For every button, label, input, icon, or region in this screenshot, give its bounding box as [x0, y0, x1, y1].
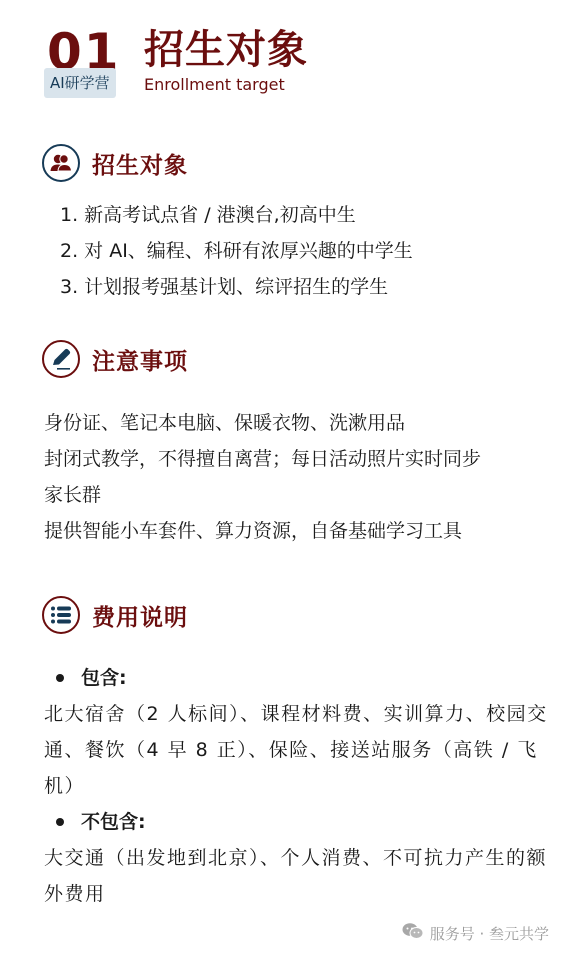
list-item: 1. 新高考试点省 / 港澳台,初高中生	[60, 197, 413, 233]
page-title: 招生对象	[144, 24, 308, 76]
bullet-icon	[56, 674, 64, 682]
list-item: 3. 计划报考强基计划、综评招生的学生	[60, 269, 413, 305]
camp-badge: AI研学营	[44, 68, 116, 98]
footer-account[interactable]: 服务号 · 叁元共学	[402, 922, 549, 944]
header: 01 AI研学营 招生对象 Enrollment target	[44, 28, 544, 100]
excluded-label: 不包含:	[56, 804, 146, 840]
included-label-text: 包含:	[81, 660, 127, 696]
section-title: 招生对象	[92, 147, 188, 180]
list-icon	[42, 596, 80, 634]
wechat-icon	[402, 922, 430, 944]
section-number-text: 01	[47, 31, 117, 69]
people-icon	[42, 144, 80, 182]
footer-text: 服务号 · 叁元共学	[430, 923, 549, 944]
page-subtitle: Enrollment target	[144, 74, 285, 96]
note-line: 提供智能小车套件、算力资源，自备基础学习工具	[44, 513, 481, 549]
section-title: 费用说明	[92, 599, 188, 632]
enrollment-list: 1. 新高考试点省 / 港澳台,初高中生 2. 对 AI、编程、科研有浓厚兴趣的…	[60, 197, 413, 305]
list-item: 2. 对 AI、编程、科研有浓厚兴趣的中学生	[60, 233, 413, 269]
pencil-icon	[42, 340, 80, 378]
section-title: 注意事项	[92, 343, 188, 376]
note-line: 身份证、笔记本电脑、保暖衣物、洗漱用品	[44, 405, 481, 441]
note-line: 家长群	[44, 477, 481, 513]
excluded-text: 大交通（出发地到北京）、个人消费、不可抗力产生的额外费用	[44, 840, 554, 912]
section-header-enrollment: 招生对象	[42, 143, 188, 183]
section-number: 01	[47, 31, 117, 69]
included-text: 北大宿舍（2 人标间）、课程材料费、实训算力、校园交通、餐饮（4 早 8 正）、…	[44, 696, 554, 804]
section-header-fees: 费用说明	[42, 595, 188, 635]
note-line: 封闭式教学，不得擅自离营；每日活动照片实时同步	[44, 441, 481, 477]
notes-text: 身份证、笔记本电脑、保暖衣物、洗漱用品 封闭式教学，不得擅自离营；每日活动照片实…	[44, 405, 481, 549]
bullet-icon	[56, 818, 64, 826]
excluded-label-text: 不包含:	[81, 804, 146, 840]
section-header-notes: 注意事项	[42, 339, 188, 379]
included-label: 包含:	[56, 660, 127, 696]
